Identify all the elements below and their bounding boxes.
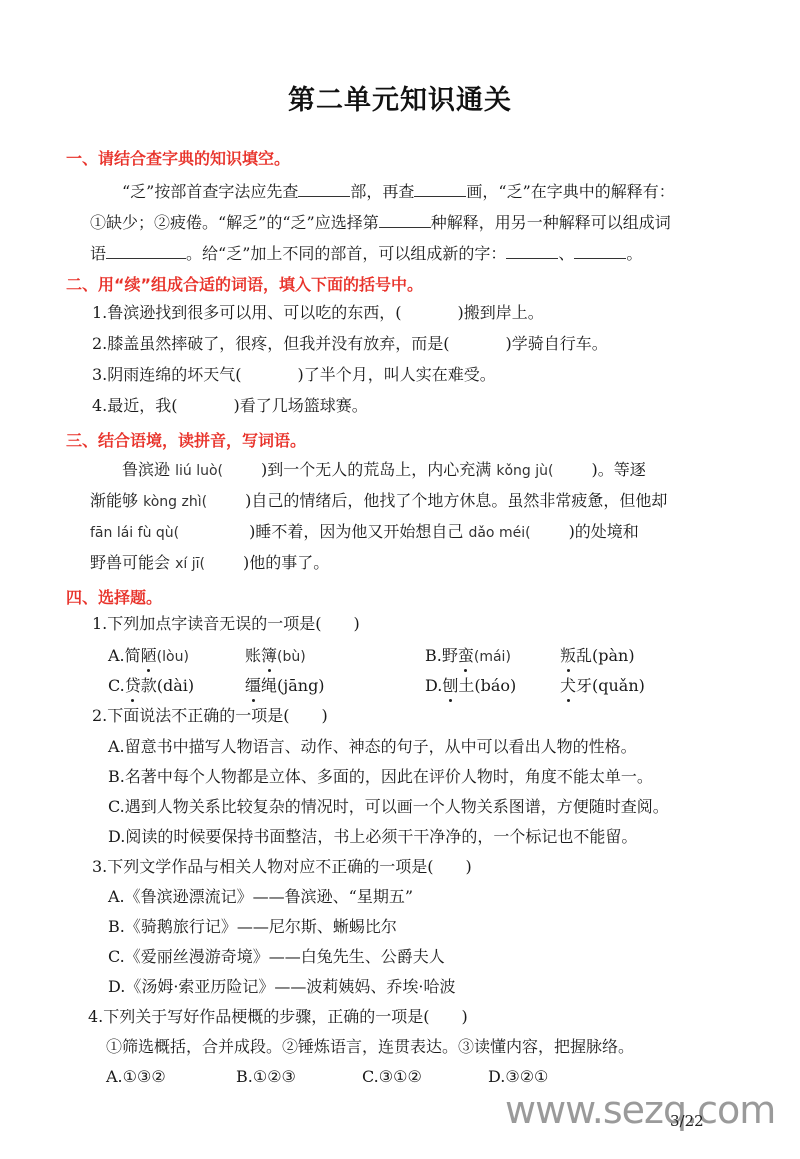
dotted-char: 蛮 [458, 646, 474, 666]
text: 4.最近，我( [92, 396, 178, 415]
q1-option-c[interactable]: C.贷款(dài) [108, 676, 194, 696]
option-label: A. [108, 646, 125, 665]
text: )自己的情绪后，他找了个地方休息。虽然非常疲惫，但他却 [245, 491, 667, 510]
text: )睡不着，因为他又开始想自己 [249, 522, 463, 541]
pinyin: liú luò( [175, 463, 223, 479]
pinyin: (lòu) [157, 649, 189, 665]
q4-option-d[interactable]: D.③②① [488, 1067, 548, 1087]
q2-option-c[interactable]: C.遇到人物关系比较复杂的情况时，可以画一个人物关系图谱，方便随时查阅。 [108, 797, 669, 817]
text: 1.鲁滨逊找到很多可以用、可以吃的东西，( [92, 303, 402, 322]
q1-option-d[interactable]: D.刨土(báo) [425, 676, 516, 696]
text: )搬到岸上。 [458, 303, 544, 322]
text: )他的事了。 [243, 553, 329, 572]
q2-option-a[interactable]: A.留意书中描写人物语言、动作、神态的句子，从中可以看出人物的性格。 [108, 737, 637, 757]
question-4-stem: 4.下列关于写好作品梗概的步骤，正确的一项是( ) [88, 1007, 468, 1027]
dotted-char: 簿 [261, 646, 277, 666]
section-1-line-3: 语。给“乏”加上不同的部首，可以组成新的字：、。 [90, 244, 642, 264]
text-with-pinyin: 款(dài) [141, 676, 194, 695]
text: )的处境和 [569, 522, 639, 541]
page-title: 第二单元知识通关 [0, 78, 800, 117]
question-2-stem: 2.下面说法不正确的一项是( ) [92, 706, 328, 726]
section-3-line-4: 野兽可能会 xí jī()他的事了。 [90, 553, 329, 574]
pinyin: (bù) [277, 649, 306, 665]
q1-option-b-word-2: 叛乱(pàn) [560, 646, 635, 666]
text: 语 [90, 244, 106, 263]
page-number: 3/22 [670, 1112, 704, 1130]
dotted-char: 刨 [442, 676, 458, 696]
text: 3.阴雨连绵的坏天气( [92, 365, 242, 384]
text: 种解释，用另一种解释可以组成词 [431, 213, 671, 232]
pinyin: (mái) [474, 649, 511, 665]
text: )看了几场篮球赛。 [234, 396, 368, 415]
pinyin: kǒng jù( [496, 463, 553, 479]
pinyin: dǎo méi( [468, 525, 530, 541]
fill-blank[interactable] [574, 244, 626, 259]
pinyin: xí jī( [175, 556, 205, 572]
section-3-line-3: fān lái fù qù()睡不着，因为他又开始想自己 dǎo méi()的处… [90, 522, 639, 543]
q3-option-a[interactable]: A.《鲁滨逊漂流记》——鲁滨逊、“星期五” [108, 887, 413, 907]
text: 简 [125, 646, 141, 665]
fill-blank[interactable] [298, 182, 350, 197]
pinyin: kòng zhì( [143, 494, 207, 510]
q3-option-c[interactable]: C.《爱丽丝漫游奇境》——白兔先生、公爵夫人 [108, 947, 445, 967]
dotted-char: 犬 [560, 676, 576, 696]
section-2-item-3: 3.阴雨连绵的坏天气()了半个月，叫人实在难受。 [92, 365, 496, 385]
text: 鲁滨逊 [122, 460, 170, 479]
text: 、 [558, 244, 574, 263]
section-2-item-1: 1.鲁滨逊找到很多可以用、可以吃的东西，()搬到岸上。 [92, 303, 544, 323]
text: ①缺少；②疲倦。“解乏”的“乏”应选择第 [90, 213, 379, 232]
dotted-char: 陋 [141, 646, 157, 666]
text: 。 [626, 244, 642, 263]
question-1-stem: 1.下列加点字读音无误的一项是( ) [92, 614, 360, 634]
text: 账 [245, 646, 261, 665]
q4-steps: ①筛选概括，合并成段。②锤炼语言，连贯表达。③读懂内容，把握脉络。 [106, 1037, 634, 1057]
q1-option-b[interactable]: B.野蛮(mái) [425, 646, 511, 667]
fill-blank[interactable] [506, 244, 558, 259]
section-3-line-1: 鲁滨逊 liú luò()到一个无人的荒岛上，内心充满 kǒng jù()。等逐 [122, 460, 646, 481]
text: )了半个月，叫人实在难受。 [298, 365, 496, 384]
q4-option-a[interactable]: A.①③② [106, 1067, 166, 1087]
section-2-item-2: 2.膝盖虽然摔破了，很疼，但我并没有放弃，而是()学骑自行车。 [92, 334, 608, 354]
q3-option-b[interactable]: B.《骑鹅旅行记》——尼尔斯、蜥蜴比尔 [108, 917, 397, 937]
fill-blank[interactable] [414, 182, 466, 197]
watermark: www.sezq.com [505, 1088, 775, 1132]
q1-option-d-word-2: 犬牙(quǎn) [560, 676, 645, 696]
section-1-line-2: ①缺少；②疲倦。“解乏”的“乏”应选择第种解释，用另一种解释可以组成词 [90, 213, 671, 233]
text-with-pinyin: 绳(jāng) [261, 676, 325, 695]
section-1-heading: 一、请结合查字典的知识填空。 [66, 146, 290, 169]
text: 部，再查 [350, 182, 414, 201]
section-2-item-4: 4.最近，我()看了几场篮球赛。 [92, 396, 368, 416]
text-with-pinyin: 牙(quǎn) [576, 676, 645, 695]
fill-blank[interactable] [379, 213, 431, 228]
text: 2.膝盖虽然摔破了，很疼，但我并没有放弃，而是( [92, 334, 450, 353]
text: 。给“乏”加上不同的部首，可以组成新的字： [186, 244, 506, 263]
q1-option-a[interactable]: A.简陋(lòu) [108, 646, 189, 667]
dotted-char: 贷 [125, 676, 141, 696]
dotted-char: 缰 [245, 676, 261, 696]
pinyin: fān lái fù qù( [90, 525, 179, 541]
q2-option-b[interactable]: B.名著中每个人物都是立体、多面的，因此在评价人物时，角度不能太单一。 [108, 767, 653, 787]
section-1-line-1: “乏”按部首查字法应先查部，再查画，“乏”在字典中的解释有： [122, 182, 675, 202]
section-3-heading: 三、结合语境，读拼音，写词语。 [66, 428, 306, 451]
text: 野兽可能会 [90, 553, 170, 572]
text: 野 [442, 646, 458, 665]
question-3-stem: 3.下列文学作品与相关人物对应不正确的一项是( ) [92, 857, 472, 877]
q4-option-b[interactable]: B.①②③ [236, 1067, 296, 1087]
text: 画，“乏”在字典中的解释有： [466, 182, 674, 201]
option-label: D. [425, 676, 442, 695]
text: )学骑自行车。 [506, 334, 608, 353]
q1-option-c-word-2: 缰绳(jāng) [245, 676, 325, 696]
text-with-pinyin: 乱(pàn) [576, 646, 635, 665]
section-2-heading: 二、用“续”组成合适的词语，填入下面的括号中。 [66, 272, 423, 295]
q3-option-d[interactable]: D.《汤姆·索亚历险记》——波莉姨妈、乔埃·哈波 [108, 977, 456, 997]
option-label: B. [425, 646, 442, 665]
fill-blank[interactable] [106, 244, 186, 259]
text: 渐能够 [90, 491, 138, 510]
dotted-char: 叛 [560, 646, 576, 666]
q1-option-a-word-2: 账簿(bù) [245, 646, 306, 667]
q2-option-d[interactable]: D.阅读的时候要保持书面整洁，书上必须干干净净的，一个标记也不能留。 [108, 827, 637, 847]
text-with-pinyin: 土(báo) [458, 676, 516, 695]
option-label: C. [108, 676, 125, 695]
text: “乏”按部首查字法应先查 [122, 182, 298, 201]
section-4-heading: 四、选择题。 [66, 585, 162, 608]
q4-option-c[interactable]: C.③①② [362, 1067, 422, 1087]
section-3-line-2: 渐能够 kòng zhì()自己的情绪后，他找了个地方休息。虽然非常疲惫，但他却 [90, 491, 667, 512]
text: )到一个无人的荒岛上，内心充满 [261, 460, 491, 479]
text: )。等逐 [591, 460, 645, 479]
